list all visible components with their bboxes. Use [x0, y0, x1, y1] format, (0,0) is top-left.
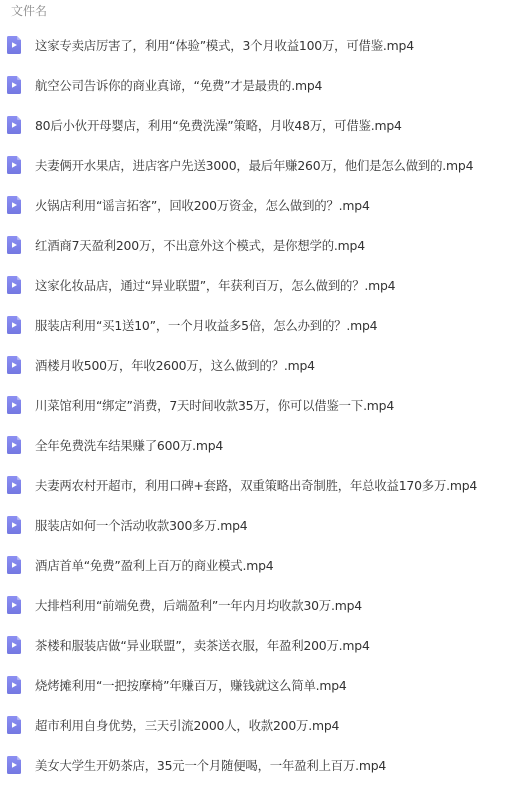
file-name: 川菜馆利用“绑定”消费，7天时间收款35万，你可以借鉴一下.mp4	[35, 396, 394, 414]
file-row[interactable]: 川菜馆利用“绑定”消费，7天时间收款35万，你可以借鉴一下.mp4	[0, 385, 509, 425]
video-file-icon	[7, 516, 21, 534]
file-row[interactable]: 火锅店利用“谣言拓客”，回收200万资金，怎么做到的？.mp4	[0, 185, 509, 225]
file-name: 服装店如何一个活动收款300多万.mp4	[35, 516, 248, 534]
file-row[interactable]: 80后小伙开母婴店，利用“免费洗澡”策略，月收48万，可借鉴.mp4	[0, 105, 509, 145]
file-name: 这家化妆品店，通过“异业联盟”，年获利百万，怎么做到的？.mp4	[35, 276, 395, 294]
file-row[interactable]: 美女大学生开奶茶店，35元一个月随便喝，一年盈利上百万.mp4	[0, 745, 509, 785]
video-file-icon	[7, 36, 21, 54]
file-rows: 这家专卖店厉害了，利用“体验”模式，3个月收益100万，可借鉴.mp4 航空公司…	[0, 25, 509, 785]
video-file-icon	[7, 436, 21, 454]
file-row[interactable]: 红酒商7天盈利200万，不出意外这个模式，是你想学的.mp4	[0, 225, 509, 265]
file-list: 文件名 这家专卖店厉害了，利用“体验”模式，3个月收益100万，可借鉴.mp4	[0, 0, 509, 785]
file-name: 夫妻两农村开超市，利用口碑+套路，双重策略出奇制胜，年总收益170多万.mp4	[35, 476, 477, 494]
file-row[interactable]: 服装店利用“买1送10”，一个月收益多5倍，怎么办到的？.mp4	[0, 305, 509, 345]
file-name: 茶楼和服装店做“异业联盟”，卖茶送衣服，年盈利200万.mp4	[35, 636, 370, 654]
file-name: 酒店首单“免费”盈利上百万的商业模式.mp4	[35, 556, 273, 574]
file-name: 酒楼月收500万，年收2600万，这么做到的？.mp4	[35, 356, 315, 374]
file-name: 超市利用自身优势，三天引流2000人，收款200万.mp4	[35, 716, 339, 734]
file-name: 烧烤摊利用“一把按摩椅”年赚百万，赚钱就这么简单.mp4	[35, 676, 347, 694]
file-row[interactable]: 航空公司告诉你的商业真谛，“免费”才是最贵的.mp4	[0, 65, 509, 105]
video-file-icon	[7, 76, 21, 94]
file-name: 这家专卖店厉害了，利用“体验”模式，3个月收益100万，可借鉴.mp4	[35, 36, 414, 54]
file-name: 红酒商7天盈利200万，不出意外这个模式，是你想学的.mp4	[35, 236, 365, 254]
file-row[interactable]: 服装店如何一个活动收款300多万.mp4	[0, 505, 509, 545]
video-file-icon	[7, 276, 21, 294]
video-file-icon	[7, 716, 21, 734]
file-row[interactable]: 茶楼和服装店做“异业联盟”，卖茶送衣服，年盈利200万.mp4	[0, 625, 509, 665]
file-name: 美女大学生开奶茶店，35元一个月随便喝，一年盈利上百万.mp4	[35, 756, 386, 774]
video-file-icon	[7, 396, 21, 414]
video-file-icon	[7, 596, 21, 614]
file-row[interactable]: 这家化妆品店，通过“异业联盟”，年获利百万，怎么做到的？.mp4	[0, 265, 509, 305]
video-file-icon	[7, 316, 21, 334]
column-header-label: 文件名	[11, 4, 47, 18]
video-file-icon	[7, 756, 21, 774]
file-row[interactable]: 烧烤摊利用“一把按摩椅”年赚百万，赚钱就这么简单.mp4	[0, 665, 509, 705]
column-header-filename[interactable]: 文件名	[0, 0, 509, 25]
file-row[interactable]: 酒楼月收500万，年收2600万，这么做到的？.mp4	[0, 345, 509, 385]
video-file-icon	[7, 636, 21, 654]
file-name: 80后小伙开母婴店，利用“免费洗澡”策略，月收48万，可借鉴.mp4	[35, 116, 402, 134]
file-row[interactable]: 夫妻俩开水果店，进店客户先送3000，最后年赚260万，他们是怎么做到的.mp4	[0, 145, 509, 185]
video-file-icon	[7, 476, 21, 494]
video-file-icon	[7, 156, 21, 174]
video-file-icon	[7, 116, 21, 134]
video-file-icon	[7, 356, 21, 374]
file-name: 火锅店利用“谣言拓客”，回收200万资金，怎么做到的？.mp4	[35, 196, 370, 214]
video-file-icon	[7, 196, 21, 214]
file-row[interactable]: 夫妻两农村开超市，利用口碑+套路，双重策略出奇制胜，年总收益170多万.mp4	[0, 465, 509, 505]
file-row[interactable]: 大排档利用“前端免费，后端盈利”一年内月均收款30万.mp4	[0, 585, 509, 625]
video-file-icon	[7, 676, 21, 694]
file-name: 全年免费洗车结果赚了600万.mp4	[35, 436, 223, 454]
file-row[interactable]: 超市利用自身优势，三天引流2000人，收款200万.mp4	[0, 705, 509, 745]
file-row[interactable]: 酒店首单“免费”盈利上百万的商业模式.mp4	[0, 545, 509, 585]
file-name: 航空公司告诉你的商业真谛，“免费”才是最贵的.mp4	[35, 76, 322, 94]
file-name: 服装店利用“买1送10”，一个月收益多5倍，怎么办到的？.mp4	[35, 316, 377, 334]
file-row[interactable]: 全年免费洗车结果赚了600万.mp4	[0, 425, 509, 465]
file-row[interactable]: 这家专卖店厉害了，利用“体验”模式，3个月收益100万，可借鉴.mp4	[0, 25, 509, 65]
video-file-icon	[7, 556, 21, 574]
video-file-icon	[7, 236, 21, 254]
file-name: 大排档利用“前端免费，后端盈利”一年内月均收款30万.mp4	[35, 596, 362, 614]
file-name: 夫妻俩开水果店，进店客户先送3000，最后年赚260万，他们是怎么做到的.mp4	[35, 156, 473, 174]
